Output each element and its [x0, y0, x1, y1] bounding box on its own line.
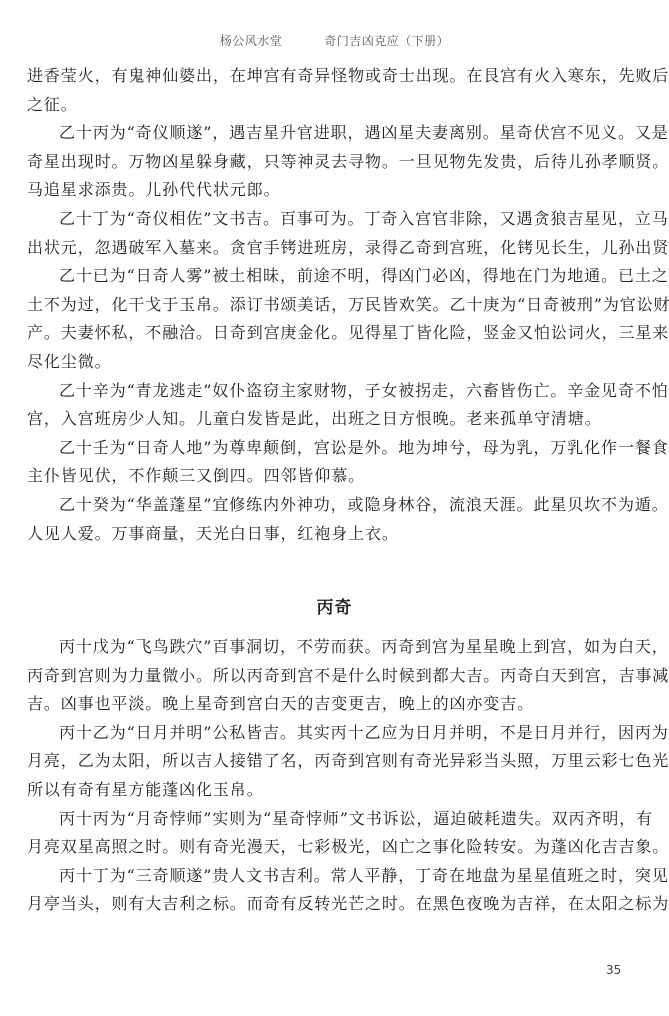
paragraph: 丙十戊为“飞鸟跌穴”百事洞切，不劳而获。丙奇到宫为星星晚上到宫，如为白天， 丙奇…	[27, 633, 641, 719]
paragraph: 乙十丙为“奇仪顺遂”，遇吉星升官进职，遇凶星夫妻离别。星奇伏宫不见义。又是 奇星…	[27, 119, 641, 205]
paragraph: 丙十乙为“日月并明”公私皆吉。其实丙十乙应为日月并明，不是日月并行，因丙为 月亮…	[27, 719, 641, 805]
text-line: 所以有奇有星方能蓬凶化玉帛。	[27, 776, 641, 805]
text-line: 乙十丁为“奇仪相佐”文书吉。百事可为。丁奇入宫官非除，又遇贪狼吉星见，立马	[27, 205, 641, 234]
header-book-title: 奇门吉凶克应（下册）	[324, 32, 449, 49]
text-line: 主仆皆见伏，不作颠三又倒四。四邻皆仰慕。	[27, 462, 641, 491]
text-line: 丙十乙为“日月并明”公私皆吉。其实丙十乙应为日月并明，不是日月并行，因丙为	[27, 719, 641, 748]
text-line: 尽化尘微。	[27, 348, 641, 377]
running-header: 杨公风水堂奇门吉凶克应（下册）	[0, 32, 669, 49]
text-line: 月亮双星高照之时。则有奇光漫天，七彩极光，凶亡之事化险转安。为蓬凶化吉吉象。	[27, 833, 641, 862]
text-line: 人见人爱。万事商量，天光白日事，红袍身上衣。	[27, 520, 641, 549]
text-line: 吉。凶事也平淡。晚上星奇到宫白天的吉变更吉，晚上的凶亦变吉。	[27, 690, 641, 719]
text-line: 月亮，乙为太阳，所以吉人接错了名，丙奇到宫则有奇光异彩当头照，万里云彩七色光。	[27, 747, 641, 776]
text-line: 出状元，忽遇破军入墓来。贪官手铐进班房，录得乙奇到宫班，化铐见长生，儿孙出贤郎。	[27, 234, 641, 263]
text-line: 乙十壬为“日奇人地”为尊卑颠倒，宫讼是外。地为坤兮，母为乳，万乳化作一餐食。	[27, 434, 641, 463]
text-line: 之征。	[27, 91, 641, 120]
text-line: 土不为过，化干戈于玉帛。添订书颂美话，万民皆欢笑。乙十庚为“日奇被刑”为官讼财	[27, 291, 641, 320]
text-line: 丙十丙为“月奇悖师”实则为“星奇悖师”文书诉讼，逼迫破耗遗失。双丙齐明，有	[27, 805, 641, 834]
text-line: 丙十戊为“飞鸟跌穴”百事洞切，不劳而获。丙奇到宫为星星晚上到宫，如为白天，	[27, 633, 641, 662]
paragraph: 乙十已为“日奇人雾”被土相昧，前途不明，得凶门必凶，得地在门为地通。已土之 土不…	[27, 262, 641, 376]
section-heading: 丙奇	[0, 593, 669, 618]
text-line: 宫，入宫班房少人知。儿童白发皆是此，出班之日方恨晚。老来孤单守清塘。	[27, 405, 641, 434]
text-line: 乙十辛为“青龙逃走”奴仆盗窃主家财物，子女被拐走，六畜皆伤亡。辛金见奇不怕	[27, 377, 641, 406]
page-number: 35	[606, 963, 621, 977]
text-line: 产。夫妻怀私，不融洽。日奇到宫庚金化。见得星丁皆化险，竖金又怕讼词火，三星来临	[27, 319, 641, 348]
header-publisher: 杨公风水堂	[220, 32, 283, 49]
paragraph: 乙十壬为“日奇人地”为尊卑颠倒，宫讼是外。地为坤兮，母为乳，万乳化作一餐食。 主…	[27, 434, 641, 491]
text-line: 乙十丙为“奇仪顺遂”，遇吉星升官进职，遇凶星夫妻离别。星奇伏宫不见义。又是	[27, 119, 641, 148]
paragraph: 进香莹火，有鬼神仙婆出，在坤宫有奇异怪物或奇士出现。在艮宫有火入寒东，先败后发 …	[27, 62, 641, 119]
text-line: 乙十已为“日奇人雾”被土相昧，前途不明，得凶门必凶，得地在门为地通。已土之	[27, 262, 641, 291]
text-line: 进香莹火，有鬼神仙婆出，在坤宫有奇异怪物或奇士出现。在艮宫有火入寒东，先败后发	[27, 62, 641, 91]
text-line: 丙奇到宫则为力量微小。所以丙奇到宫不是什么时候到都大吉。丙奇白天到宫，吉事减半	[27, 662, 641, 691]
section-bing-qi: 丙十戊为“飞鸟跌穴”百事洞切，不劳而获。丙奇到宫为星星晚上到宫，如为白天， 丙奇…	[27, 633, 641, 919]
text-line: 马追星求添贵。儿孙代代状元郎。	[27, 176, 641, 205]
paragraph: 丙十丁为“三奇顺遂”贵人文书吉利。常人平静，丁奇在地盘为星星值班之时，突见 月亭…	[27, 862, 641, 919]
text-line: 丙十丁为“三奇顺遂”贵人文书吉利。常人平静，丁奇在地盘为星星值班之时，突见	[27, 862, 641, 891]
section-yi-qi-continued: 进香莹火，有鬼神仙婆出，在坤宫有奇异怪物或奇士出现。在艮宫有火入寒东，先败后发 …	[27, 62, 641, 548]
text-line: 乙十癸为“华盖蓬星”宜修练内外神功，或隐身林谷，流浪天涯。此星贝坎不为遁。	[27, 491, 641, 520]
text-line: 奇星出现时。万物凶星躲身藏，只等神灵去寻物。一旦见物先发贵，后待儿孙孝顺贤。立	[27, 148, 641, 177]
text-line: 月亭当头，则有大吉利之标。而奇有反转光芒之时。在黑色夜晚为吉祥，在太阳之标为凶	[27, 890, 641, 919]
paragraph: 乙十癸为“华盖蓬星”宜修练内外神功，或隐身林谷，流浪天涯。此星贝坎不为遁。 人见…	[27, 491, 641, 548]
paragraph: 丙十丙为“月奇悖师”实则为“星奇悖师”文书诉讼，逼迫破耗遗失。双丙齐明，有 月亮…	[27, 805, 641, 862]
paragraph: 乙十辛为“青龙逃走”奴仆盗窃主家财物，子女被拐走，六畜皆伤亡。辛金见奇不怕 宫，…	[27, 377, 641, 434]
paragraph: 乙十丁为“奇仪相佐”文书吉。百事可为。丁奇入宫官非除，又遇贪狼吉星见，立马 出状…	[27, 205, 641, 262]
